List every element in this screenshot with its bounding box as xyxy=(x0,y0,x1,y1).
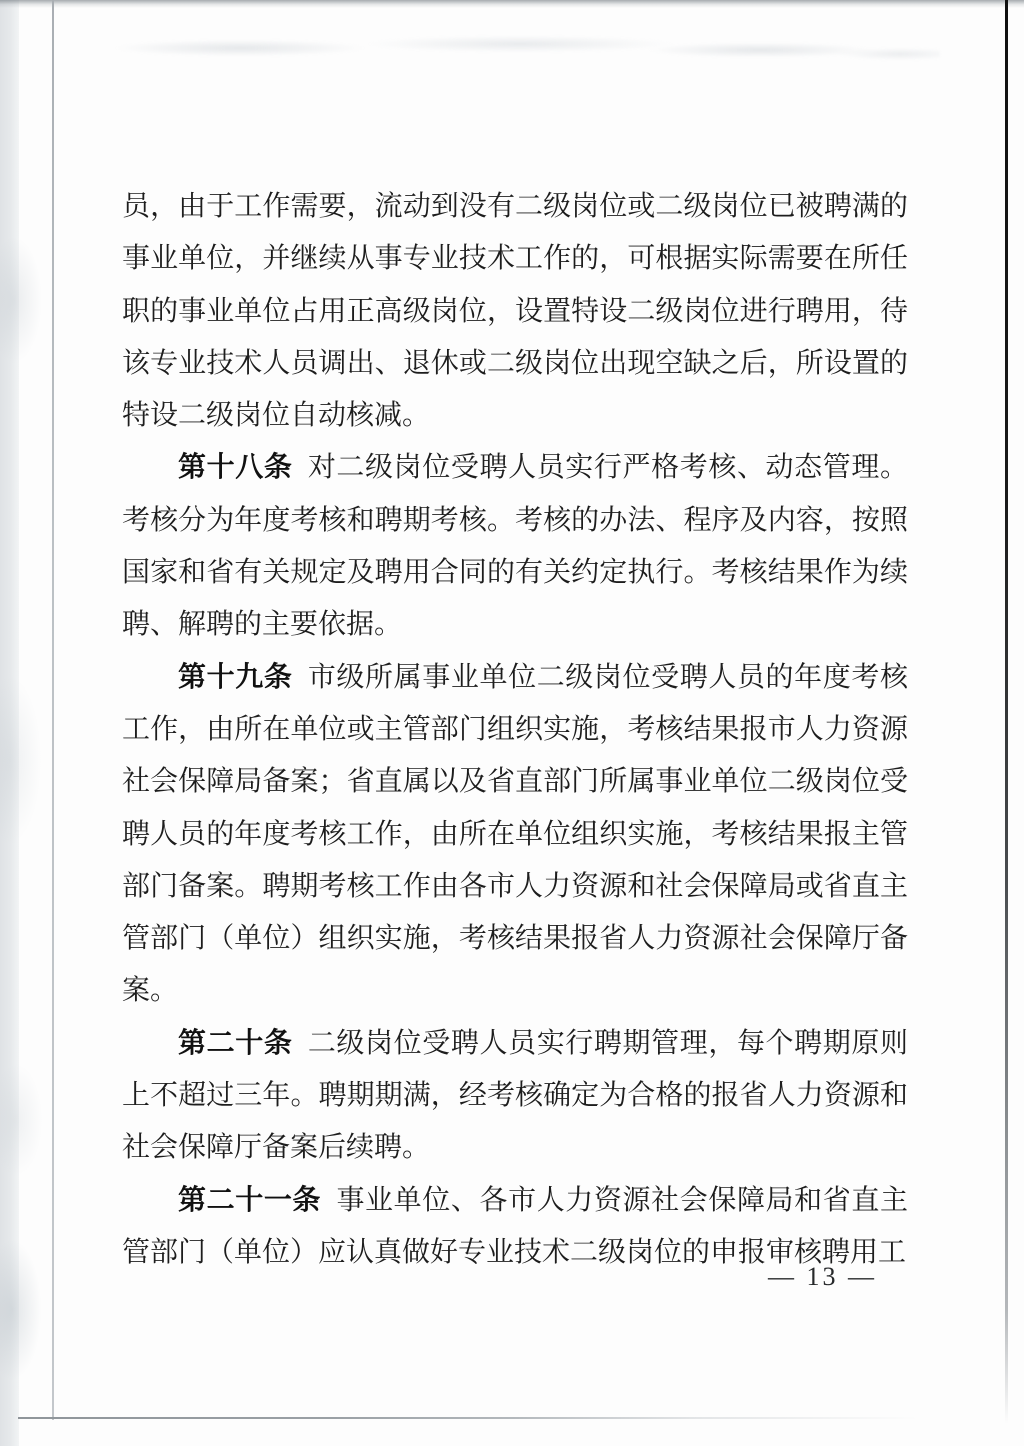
page-number: — 13 — xyxy=(765,1262,880,1292)
article-19-label: 第十九条 xyxy=(178,662,292,693)
paragraph-article-19: 第十九条市级所属事业单位二级岗位受聘人员的年度考核工作，由所在单位或主管部门组织… xyxy=(122,652,908,1018)
document-text-body: 员，由于工作需要，流动到没有二级岗位或二级岗位已被聘满的事业单位，并继续从事专业… xyxy=(122,181,908,1279)
paragraph-continuation-text: 员，由于工作需要，流动到没有二级岗位或二级岗位已被聘满的事业单位，并继续从事专业… xyxy=(122,191,908,431)
scan-top-edge-shadow xyxy=(0,0,1024,8)
scan-top-smudge xyxy=(60,30,940,62)
scan-left-blotches xyxy=(0,0,55,1446)
article-18-label: 第十八条 xyxy=(178,452,292,483)
article-19-text: 市级所属事业单位二级岗位受聘人员的年度考核工作，由所在单位或主管部门组织实施，考… xyxy=(122,662,908,1007)
scanned-document-page: 员，由于工作需要，流动到没有二级岗位或二级岗位已被聘满的事业单位，并继续从事专业… xyxy=(0,0,1024,1446)
paragraph-article-18: 第十八条对二级岗位受聘人员实行严格考核、动态管理。考核分为年度考核和聘期考核。考… xyxy=(122,442,908,651)
article-21-label: 第二十一条 xyxy=(178,1185,321,1216)
scan-right-edge-line xyxy=(1005,0,1008,1424)
article-20-label: 第二十条 xyxy=(178,1028,292,1059)
paragraph-article-20: 第二十条二级岗位受聘人员实行聘期管理，每个聘期原则上不超过三年。聘期期满，经考核… xyxy=(122,1018,908,1175)
scan-left-fold-line xyxy=(52,0,54,1420)
scan-bottom-rule xyxy=(18,1417,918,1419)
paragraph-continuation: 员，由于工作需要，流动到没有二级岗位或二级岗位已被聘满的事业单位，并继续从事专业… xyxy=(122,181,908,442)
